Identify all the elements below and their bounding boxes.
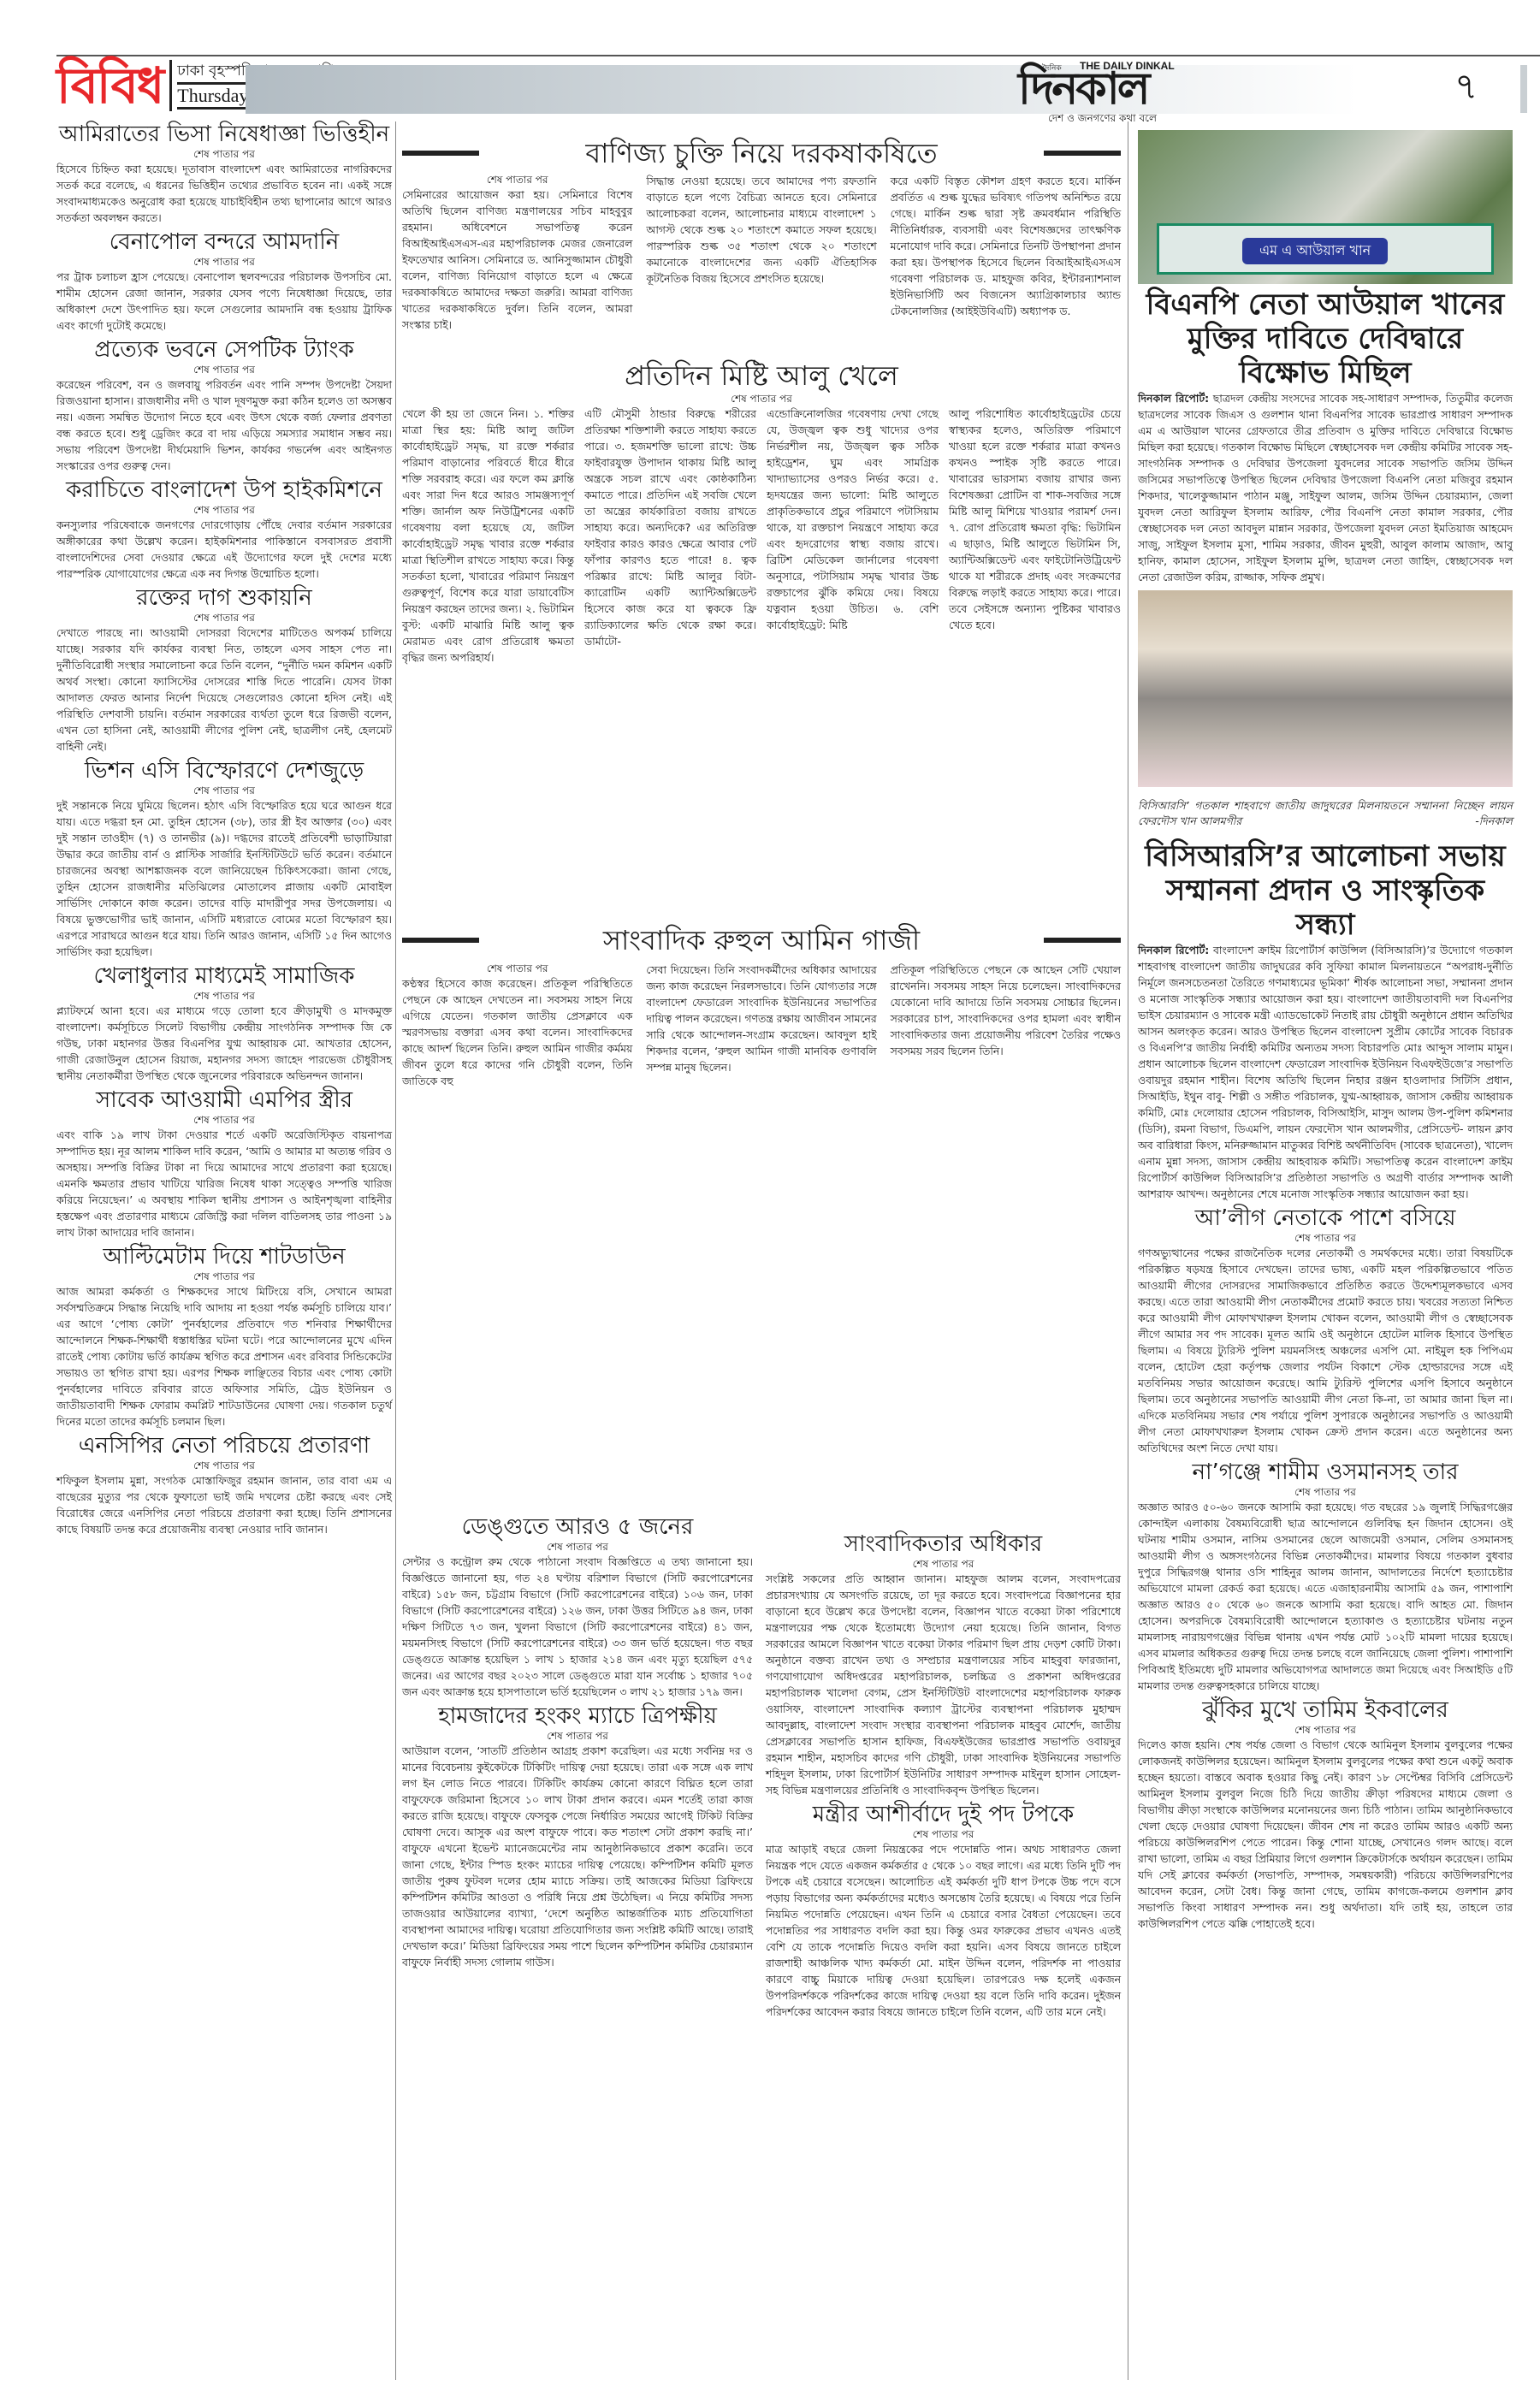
caption-credit: -দিনকাল (1475, 814, 1513, 829)
continued-label: শেষ পাতার পর (1138, 1231, 1513, 1245)
article-body: দিনকাল রিপোর্ট: ছাত্রদল কেন্দ্রীয় সংসদে… (1138, 390, 1513, 585)
article-body: কনস্যুলার পরিষেবাকে জনগণের দোরগোড়ায় পৌ… (56, 517, 392, 582)
photo-caption: বিসিআরসি’ গতকাল শাহবাগে জাতীয় জাদুঘরের … (1138, 798, 1513, 829)
article-body: মাত্র আড়াই বছরে জেলা নিয়ন্ত্রকের পদে প… (766, 1841, 1121, 2020)
article-septic-tank: প্রত্যেক ভবনে সেপটিক ট্যাংক শেষ পাতার পর… (56, 337, 392, 474)
masthead-gradient-band (246, 65, 1358, 114)
caption-text: বিসিআরসি’ গতকাল শাহবাগে জাতীয় জাদুঘরের … (1138, 799, 1513, 827)
headline: ভিশন এসি বিস্ফোরণে দেশজুড়ে (56, 758, 392, 784)
photo-banner: এম এ আউয়াল খান (1157, 223, 1494, 275)
masthead-divider (169, 60, 172, 111)
masthead-rule (56, 55, 1540, 56)
brand-logo: দিনকাল (1018, 67, 1147, 111)
continued-label: শেষ পাতার পর (56, 1270, 392, 1283)
headline: আ’লীগ নেতাকে পাশে বসিয়ে (1138, 1205, 1513, 1231)
article-bcrc: বিসিআরসি’ গতকাল শাহবাগে জাতীয় জাদুঘরের … (1138, 590, 1513, 1202)
continued-label: শেষ পাতার পর (56, 611, 392, 625)
article-benapole: বেনাপোল বন্দরে আমদানি শেষ পাতার পর পর ট্… (56, 229, 392, 334)
middle-lower-right: সাংবাদিকতার অধিকার শেষ পাতার পর সংশ্লিষ্… (766, 1531, 1121, 2023)
article-body: অজ্ঞাত আরও ৫০-৬০ জনকে আসামি করা হয়েছে। … (1138, 1499, 1513, 1694)
article-body: শফিকুল ইসলাম মুন্না, সংগঠক মোস্তাফিজুর র… (56, 1472, 392, 1537)
article-body: প্ল্যাটফর্মে আনা হবে। এর মাধ্যমে গড়ে তো… (56, 1003, 392, 1084)
headline: এনসিপির নেতা পরিচয়ে প্রতারণা (56, 1433, 392, 1459)
headline: রক্তের দাগ শুকায়নি (56, 585, 392, 611)
page-number-bar (1520, 65, 1527, 113)
article-body: আজ আমরা কর্মকর্তা ও শিক্ষকদের সাথে মিটিং… (56, 1283, 392, 1430)
continued-label: শেষ পাতার পর (766, 1827, 1121, 1841)
headline: সাংবাদিকতার অধিকার (766, 1531, 1121, 1557)
byline: দিনকাল রিপোর্ট: (1138, 392, 1209, 405)
headline: প্রতিদিন মিষ্টি আলু খেলে (402, 359, 1121, 392)
article-tamim-iqbal: ঝুঁকির মুখে তামিম ইকবালের শেষ পাতার পর দ… (1138, 1697, 1513, 1932)
article-body: পর ট্রাক চলাচল হ্রাস পেয়েছে। বেনাপোল স্… (56, 269, 392, 334)
continued-label: শেষ পাতার পর (56, 363, 392, 376)
article-shamim-osman: না’গঞ্জে শামীম ওসমানসহ তার শেষ পাতার পর … (1138, 1459, 1513, 1694)
continued-label: শেষ পাতার পর (56, 989, 392, 1003)
article-body: খেলে কী হয় তা জেনে নিন। ১. শক্তির মাত্র… (402, 406, 574, 666)
headline: সাবেক আওয়ামী এমপির স্ত্রীর (56, 1087, 392, 1113)
article-ac-blast: ভিশন এসি বিস্ফোরণে দেশজুড়ে শেষ পাতার পর… (56, 758, 392, 960)
article-body: দিনকাল রিপোর্ট: বাংলাদেশ ক্রাইম রিপোর্টা… (1138, 942, 1513, 1202)
article-visa: আমিরাতের ভিসা নিষেধাজ্ঞা ভিত্তিহীন শেষ প… (56, 121, 392, 226)
continued-label: শেষ পাতার পর (56, 503, 392, 517)
article-former-mp-wife: সাবেক আওয়ামী এমপির স্ত্রীর শেষ পাতার পর… (56, 1087, 392, 1240)
headline: করাচিতে বাংলাদেশ উপ হাইকমিশনে (56, 477, 392, 503)
article-hongkong-match: হামজাদের হংকং ম্যাচে ত্রিপক্ষীয় শেষ পাত… (402, 1703, 753, 1970)
article-shutdown: আল্টিমেটাম দিয়ে শাটডাউন শেষ পাতার পর আজ… (56, 1244, 392, 1430)
banner-text: এম এ আউয়াল খান (1242, 238, 1388, 264)
headline: বেনাপোল বন্দরে আমদানি (56, 229, 392, 255)
headline: সাংবাদিক রুহুল আমিন গাজী (500, 924, 1023, 956)
brand-tagline: দেশ ও জনগণের কথা বলে (1048, 111, 1157, 128)
article-body: আউয়াল বলেন, ‘সাতটি প্রতিষ্ঠান আগ্রহ প্র… (402, 1743, 753, 1970)
article-awal-khan: এম এ আউয়াল খান বিএনপি নেতা আউয়াল খানের… (1138, 130, 1513, 585)
continued-label: শেষ পাতার পর (56, 784, 392, 797)
article-blood-stain: রক্তের দাগ শুকায়নি শেষ পাতার পর দেখাতে … (56, 585, 392, 755)
article-dengue: ডেঙ্গুতে আরও ৫ জনের শেষ পাতার পর সেন্টার… (402, 1514, 753, 1700)
article-body: সেন্টার ও কন্ট্রোল রুম থেকে পাঠানো সংবাদ… (402, 1554, 753, 1700)
continued-label: শেষ পাতার পর (56, 255, 392, 269)
article-journalist-ruhul-amin: সাংবাদিক রুহুল আমিন গাজী শেষ পাতার পরকণ্… (402, 924, 1121, 1092)
headline: বিসিআরসি’র আলোচনা সভায় সম্মাননা প্রদান … (1138, 839, 1513, 942)
headline: বিএনপি নেতা আউয়াল খানের মুক্তির দাবিতে … (1138, 287, 1513, 390)
article-trade-deal: বাণিজ্য চুক্তি নিয়ে দরকষাকষিতে শেষ পাতা… (402, 137, 1121, 336)
continued-label: শেষ পাতার পর (402, 392, 1121, 406)
headline-rule (402, 151, 479, 156)
headline: না’গঞ্জে শামীম ওসমানসহ তার (1138, 1459, 1513, 1485)
body-text: ছাত্রদল কেন্দ্রীয় সংসদের সাবেক সহ-সাধার… (1138, 392, 1513, 583)
column-divider (1128, 121, 1128, 2380)
headline: বাণিজ্য চুক্তি নিয়ে দরকষাকষিতে (500, 137, 1023, 169)
continued-label: শেষ পাতার পর (56, 1113, 392, 1127)
article-body: দিলেও কাজ হয়নি। শেষ পর্যন্ত জেলা ও বিভা… (1138, 1737, 1513, 1932)
body-text: বাংলাদেশ ক্রাইম রিপোর্টার্স কাউন্সিল (বি… (1138, 944, 1513, 1200)
article-body: দুই সন্তানকে নিয়ে ঘুমিয়ে ছিলেন। হঠাৎ এ… (56, 797, 392, 960)
continued-label: শেষ পাতার পর (1138, 1723, 1513, 1737)
article-body: প্রতিকূল পরিস্থিতিতে পেছনে কে আছেন সেটি … (891, 962, 1121, 1059)
article-body: এটি মৌসুমী ঠান্ডার বিরুদ্ধে শরীরের প্রতি… (584, 406, 756, 666)
headline-rule (1044, 151, 1121, 156)
article-body: দেখাতে পারছে না। আওয়ামী দোসররা বিদেশের … (56, 625, 392, 755)
left-column: আমিরাতের ভিসা নিষেধাজ্ঞা ভিত্তিহীন শেষ প… (56, 121, 392, 1541)
headline: ডেঙ্গুতে আরও ৫ জনের (402, 1514, 753, 1540)
article-body: গণঅভ্যুত্থানের পক্ষের রাজনৈতিক দলের নেতা… (1138, 1245, 1513, 1456)
byline: দিনকাল রিপোর্ট: (1138, 944, 1209, 956)
section-title: বিবিধ (56, 61, 163, 110)
continued-label: শেষ পাতার পর (402, 962, 632, 975)
headline: হামজাদের হংকং ম্যাচে ত্রিপক্ষীয় (402, 1703, 753, 1729)
article-body: সেবা দিয়েছেন। তিনি সংবাদকর্মীদের অধিকার… (646, 962, 876, 1075)
article-body: কণ্ঠস্বর হিসেবে কাজ করেছেন। প্রতিকূল পরি… (402, 975, 632, 1089)
article-minister-blessing: মন্ত্রীর আশীর্বাদে দুই পদ টপকে শেষ পাতার… (766, 1802, 1121, 2020)
continued-label: শেষ পাতার পর (1138, 1485, 1513, 1499)
article-body: সংশ্লিষ্ট সকলের প্রতি আহ্বান জানান। মাহফ… (766, 1571, 1121, 1798)
headline: ঝুঁকির মুখে তামিম ইকবালের (1138, 1697, 1513, 1723)
article-karachi: করাচিতে বাংলাদেশ উপ হাইকমিশনে শেষ পাতার … (56, 477, 392, 582)
headline: আমিরাতের ভিসা নিষেধাজ্ঞা ভিত্তিহীন (56, 121, 392, 147)
article-body: এবং বাকি ১৯ লাখ টাকা দেওয়ার শর্তে একটি … (56, 1127, 392, 1240)
article-body: করেছেন পরিবেশ, বন ও জলবায়ু পরিবর্তন এবং… (56, 376, 392, 474)
article-body: এন্ডোক্রিনোলজির গবেষণায় দেখা গেছে যে, উ… (767, 406, 939, 666)
headline: প্রত্যেক ভবনে সেপটিক ট্যাংক (56, 337, 392, 363)
protest-photo: এম এ আউয়াল খান (1138, 130, 1513, 284)
headline: খেলাধুলার মাধ্যমেই সামাজিক (56, 963, 392, 989)
article-sports-social: খেলাধুলার মাধ্যমেই সামাজিক শেষ পাতার পর … (56, 963, 392, 1084)
continued-label: শেষ পাতার পর (402, 173, 632, 187)
headline: মন্ত্রীর আশীর্বাদে দুই পদ টপকে (766, 1802, 1121, 1827)
award-ceremony-photo (1138, 590, 1513, 787)
middle-lower-left: ডেঙ্গুতে আরও ৫ জনের শেষ পাতার পর সেন্টার… (402, 1514, 753, 1974)
right-column: এম এ আউয়াল খান বিএনপি নেতা আউয়াল খানের… (1138, 130, 1513, 1935)
article-body: সিদ্ধান্ত নেওয়া হয়েছে। তবে আমাদের পণ্য… (646, 173, 876, 287)
page-number: ৭ (1454, 68, 1478, 104)
continued-label: শেষ পাতার পর (402, 1729, 753, 1743)
headline-rule (402, 938, 479, 943)
article-journalism-rights: সাংবাদিকতার অধিকার শেষ পাতার পর সংশ্লিষ্… (766, 1531, 1121, 1798)
continued-label: শেষ পাতার পর (56, 147, 392, 161)
article-sweet-potato: প্রতিদিন মিষ্টি আলু খেলে শেষ পাতার পর খে… (402, 359, 1121, 669)
continued-label: শেষ পাতার পর (402, 1540, 753, 1554)
article-body: করে একটি বিস্তৃত কৌশল গ্রহণ করতে হবে। মা… (891, 173, 1121, 319)
article-body: সেমিনারের আয়োজন করা হয়। সেমিনারে বিশেষ… (402, 187, 632, 333)
article-body: হিসেবে চিহ্নিত করা হয়েছে। দূতাবাস বাংলা… (56, 161, 392, 226)
column-divider (395, 121, 396, 2380)
continued-label: শেষ পাতার পর (56, 1459, 392, 1472)
article-al-leader: আ’লীগ নেতাকে পাশে বসিয়ে শেষ পাতার পর গণ… (1138, 1205, 1513, 1456)
article-ncp-fraud: এনসিপির নেতা পরিচয়ে প্রতারণা শেষ পাতার … (56, 1433, 392, 1537)
continued-label: শেষ পাতার পর (766, 1557, 1121, 1571)
headline: আল্টিমেটাম দিয়ে শাটডাউন (56, 1244, 392, 1270)
headline-rule (1044, 938, 1121, 943)
article-body: আলু পরিশোধিত কার্বোহাইড্রেটের চেয়ে স্বা… (949, 406, 1121, 666)
